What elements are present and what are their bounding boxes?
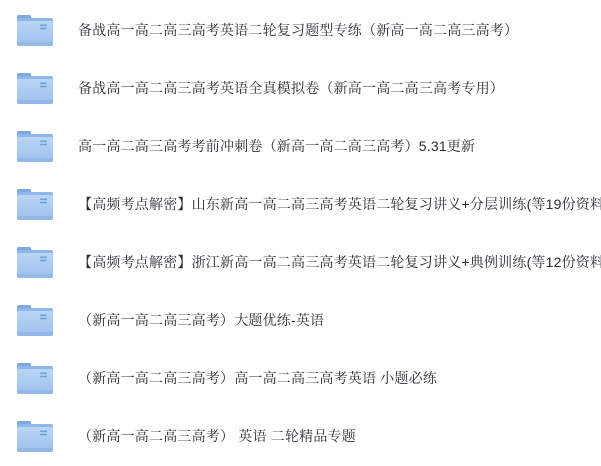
- folder-name[interactable]: （新高一高二高三高考）大题优练-英语: [78, 310, 324, 330]
- folder-icon: [17, 73, 53, 104]
- folder-list: 备战高一高二高三高考英语二轮复习题型专练（新高一高二高三高考）: [0, 1, 601, 465]
- folder-icon: [17, 305, 53, 336]
- folder-row[interactable]: 备战高一高二高三高考英语全真模拟卷（新高一高二高三高考专用）: [0, 59, 601, 117]
- folder-row[interactable]: 【高频考点解密】浙江新高一高二高三高考英语二轮复习讲义+典例训练(等12份资料): [0, 233, 601, 291]
- folder-icon: [17, 421, 53, 452]
- folder-icon: [17, 189, 53, 220]
- folder-row[interactable]: （新高一高二高三高考）大题优练-英语: [0, 291, 601, 349]
- folder-row[interactable]: （新高一高二高三高考）高一高二高三高考英语 小题必练: [0, 349, 601, 407]
- folder-name[interactable]: 高一高二高三高考考前冲刺卷（新高一高二高三高考）5.31更新: [78, 136, 475, 156]
- file-list-page: 备战高一高二高三高考英语二轮复习题型专练（新高一高二高三高考）: [0, 0, 601, 466]
- folder-icon: [17, 131, 53, 162]
- folder-name[interactable]: 备战高一高二高三高考英语二轮复习题型专练（新高一高二高三高考）: [78, 20, 518, 40]
- folder-row[interactable]: 【高频考点解密】山东新高一高二高三高考英语二轮复习讲义+分层训练(等19份资料): [0, 175, 601, 233]
- folder-name[interactable]: （新高一高二高三高考）高一高二高三高考英语 小题必练: [78, 368, 437, 388]
- folder-row[interactable]: 高一高二高三高考考前冲刺卷（新高一高二高三高考）5.31更新: [0, 117, 601, 175]
- folder-row[interactable]: 备战高一高二高三高考英语二轮复习题型专练（新高一高二高三高考）: [0, 1, 601, 59]
- folder-name[interactable]: 【高频考点解密】山东新高一高二高三高考英语二轮复习讲义+分层训练(等19份资料): [78, 194, 601, 214]
- folder-icon: [17, 363, 53, 394]
- folder-icon: [17, 247, 53, 278]
- folder-name[interactable]: 备战高一高二高三高考英语全真模拟卷（新高一高二高三高考专用）: [78, 78, 504, 98]
- folder-name[interactable]: （新高一高二高三高考） 英语 二轮精品专题: [78, 426, 356, 446]
- folder-icon: [17, 15, 53, 46]
- folder-name[interactable]: 【高频考点解密】浙江新高一高二高三高考英语二轮复习讲义+典例训练(等12份资料): [78, 252, 601, 272]
- folder-row[interactable]: （新高一高二高三高考） 英语 二轮精品专题: [0, 407, 601, 465]
